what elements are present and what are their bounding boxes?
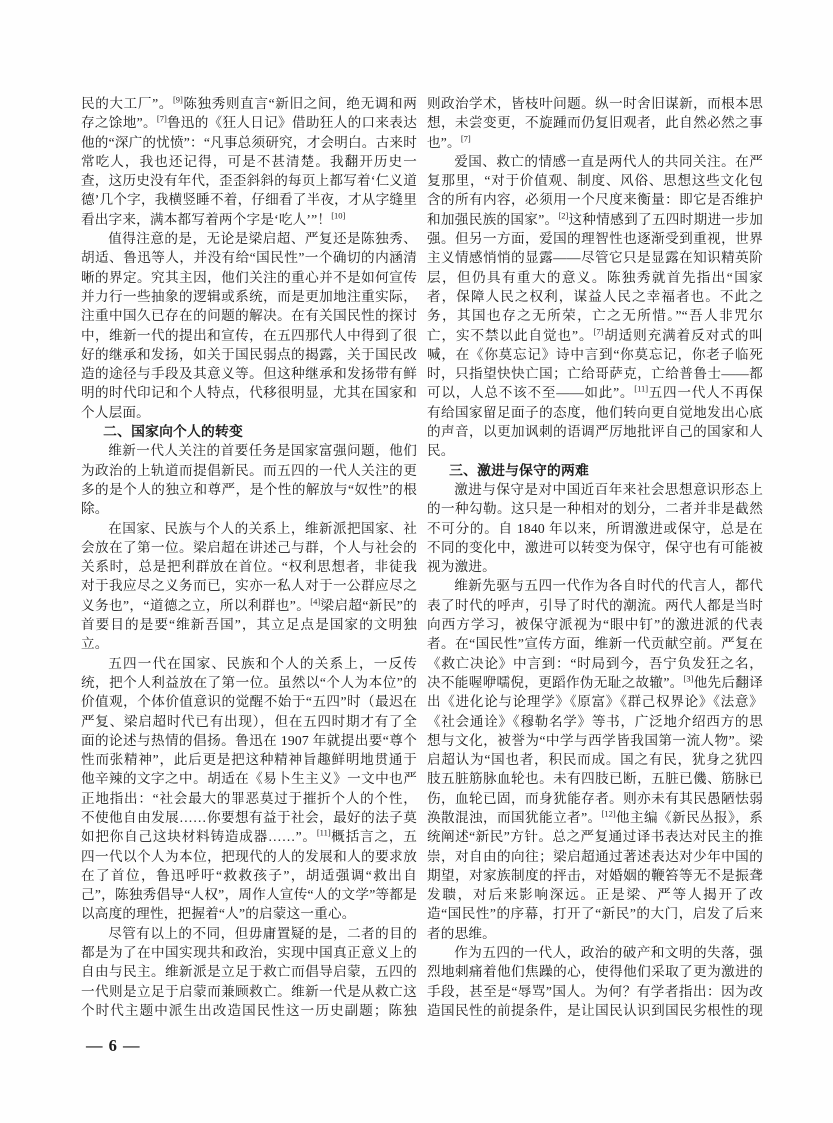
- section-heading: 三、激进与保守的两难: [427, 461, 763, 480]
- paragraph: 值得注意的是，无论是梁启超、严复还是陈独秀、胡适、鲁迅等人，并没有给“国民性”一…: [81, 229, 417, 422]
- right-column: 则政治学术，皆枝叶问题。纵一时舍旧谋新，而根本思想，未尝变更，不旋踵而仍复旧观者…: [427, 94, 763, 1018]
- footnote-ref: [4]: [310, 596, 320, 606]
- paragraph: 爱国、救亡的情感一直是两代人的共同关注。在严复那里，“对于价值观、制度、风俗、思…: [427, 152, 763, 461]
- two-column-text-block: 民的大工厂”。[9]陈独秀则直言“新旧之间，绝无调和两存之馀地”。[7]鲁迅的《…: [81, 94, 763, 1018]
- footnote-ref: [9]: [173, 94, 183, 104]
- left-column: 民的大工厂”。[9]陈独秀则直言“新旧之间，绝无调和两存之馀地”。[7]鲁迅的《…: [81, 94, 417, 1018]
- paragraph: 民的大工厂”。[9]陈独秀则直言“新旧之间，绝无调和两存之馀地”。[7]鲁迅的《…: [81, 94, 417, 229]
- paragraph: 激进与保守是对中国近百年来社会思想意识形态上的一种勾勒。这只是一种相对的划分，二…: [427, 480, 763, 576]
- paragraph: 五四一代在国家、民族和个人的关系上，一反传统，把个人利益放在了第一位。虽然以“个…: [81, 654, 417, 924]
- document-page: 民的大工厂”。[9]陈独秀则直言“新旧之间，绝无调和两存之馀地”。[7]鲁迅的《…: [0, 0, 833, 1123]
- paragraph: 则政治学术，皆枝叶问题。纵一时舍旧谋新，而根本思想，未尝变更，不旋踵而仍复旧观者…: [427, 94, 763, 152]
- section-heading: 二、国家向个人的转变: [81, 422, 417, 441]
- footnote-ref: [11]: [634, 384, 648, 394]
- page-number: — 6 —: [86, 1036, 141, 1056]
- footnote-ref: [7]: [594, 326, 604, 336]
- footnote-ref: [10]: [331, 210, 345, 220]
- footnote-ref: [12]: [602, 808, 616, 818]
- paragraph: 维新先驱与五四一代作为各自时代的代言人，都代表了时代的呼声，引导了时代的潮流。两…: [427, 576, 763, 943]
- footnote-ref: [2]: [558, 210, 568, 220]
- paragraph: 维新一代人关注的首要任务是国家富强问题，他们为政治的上轨道而提倡新民。而五四的一…: [81, 441, 417, 518]
- footnote-ref: [7]: [461, 133, 471, 143]
- footnote-ref: [11]: [317, 828, 331, 838]
- paragraph: 作为五四的一代人，政治的破产和文明的失落，强烈地刺痛着他们焦躁的心，使得他们采取…: [427, 943, 763, 1018]
- paragraph: 在国家、民族与个人的关系上，维新派把国家、社会放在了第一位。梁启超在讲述己与群，…: [81, 519, 417, 654]
- footnote-ref: [3]: [684, 673, 694, 683]
- footnote-ref: [7]: [157, 114, 167, 124]
- paragraph: 尽管有以上的不同，但毋庸置疑的是，二者的目的都是为了在中国实现共和政治，实现中国…: [81, 924, 417, 1018]
